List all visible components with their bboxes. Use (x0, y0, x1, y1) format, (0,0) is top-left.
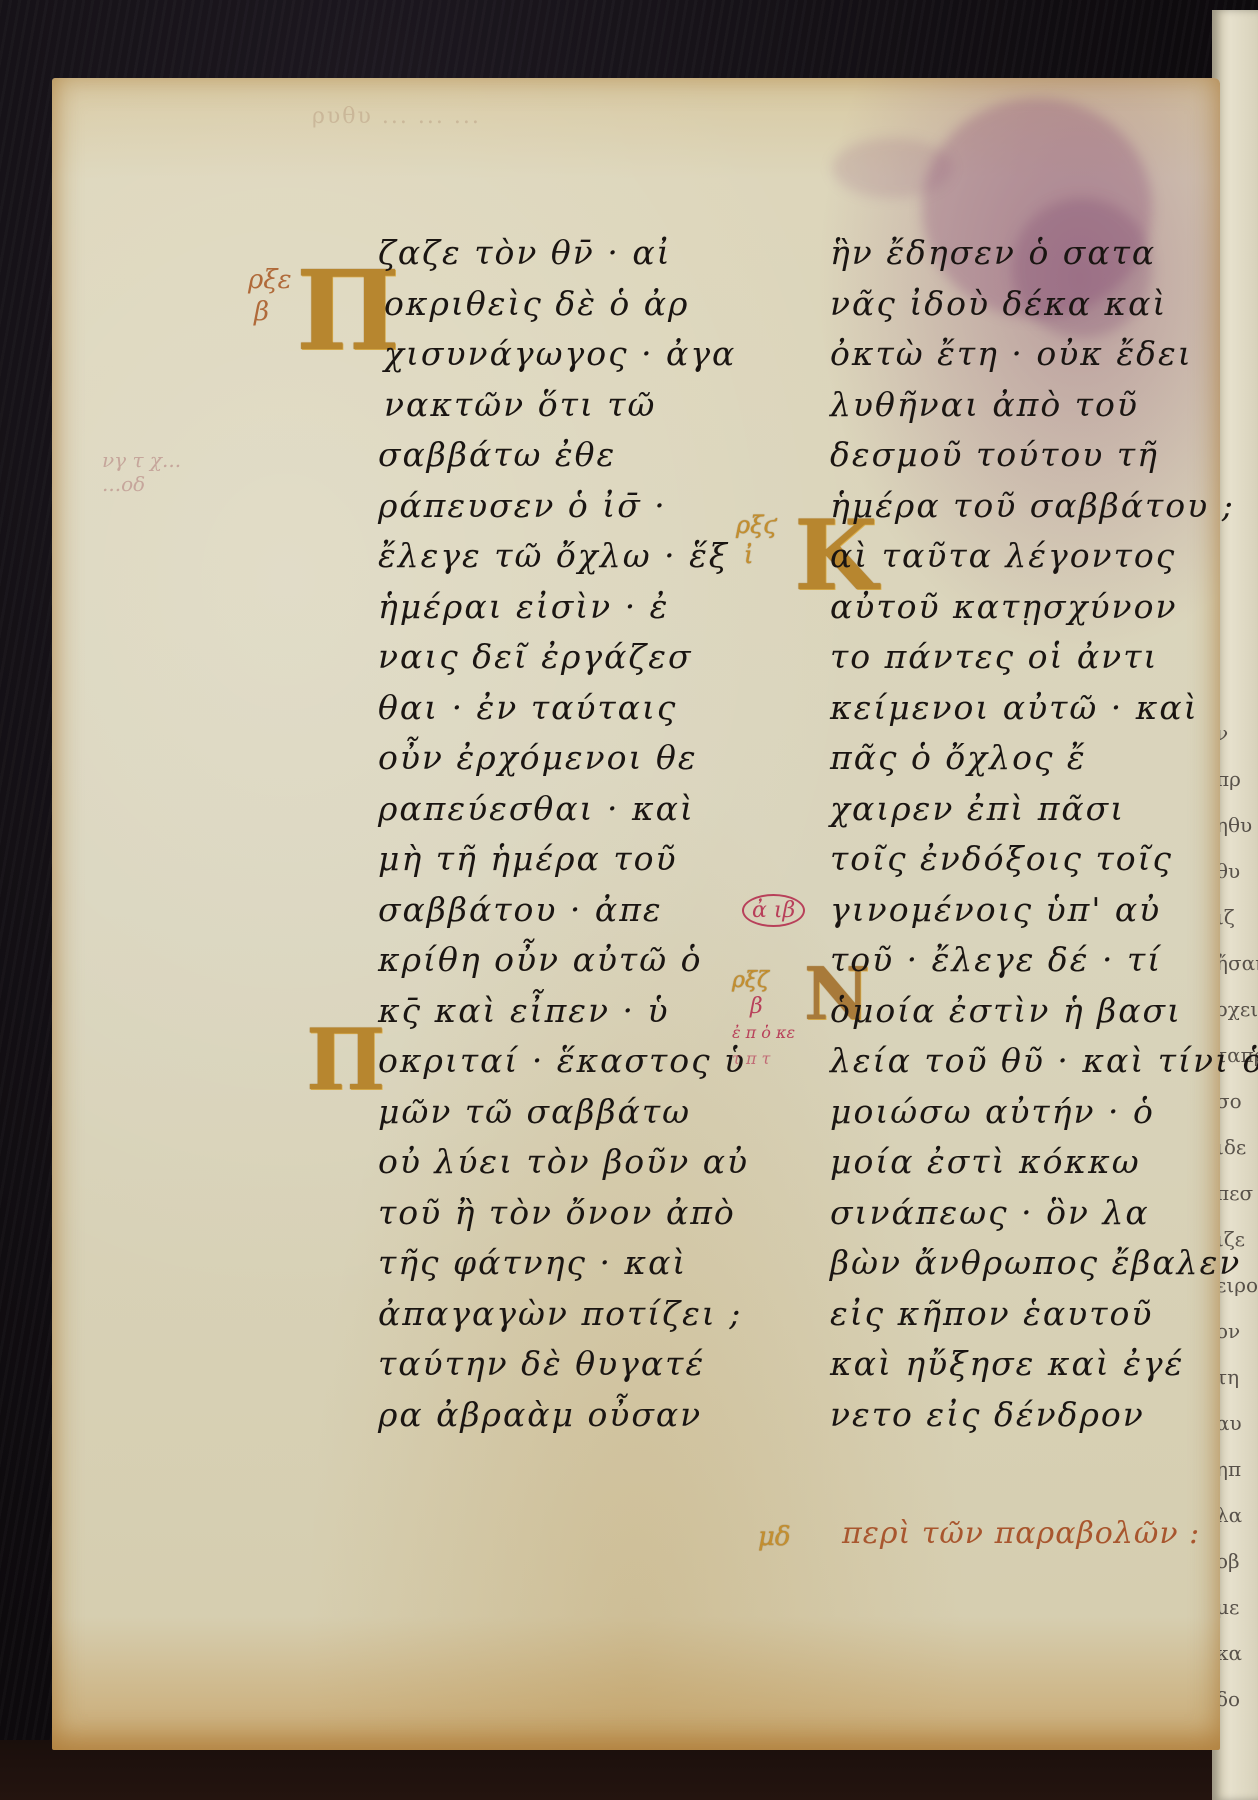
adjacent-folio-fragment: με (1216, 1584, 1258, 1630)
text-line: τῆς φάτνης · καὶ (378, 1238, 778, 1289)
text-line: οκριθεὶς δὲ ὁ ἀρ (378, 279, 778, 330)
margin-rubric-line: ἰ (736, 540, 777, 570)
text-line: το πάντες οἱ ἀντι (830, 632, 1250, 683)
text-line: ἣν ἔδησεν ὁ σατα (830, 228, 1250, 279)
text-line: βὼν ἄνθρωπος ἔβαλεν (830, 1238, 1250, 1289)
footer-chapter-number: μδ (758, 1522, 791, 1552)
gold-initial-pi: Π (306, 1018, 385, 1102)
text-line: ζαζε τὸν θν̄ · αἰ (378, 228, 778, 279)
text-line: θαι · ἐν ταύταις (378, 683, 778, 734)
purple-stain (832, 138, 952, 198)
text-line: ὁμοία ἐστὶν ἡ βασι (830, 986, 1250, 1037)
text-line: ὀκτὼ ἔτη · οὐκ ἔδει (830, 329, 1250, 380)
adjacent-folio-fragment: οβ (1216, 1538, 1258, 1584)
text-line: μοία ἐστὶ κόκκω (830, 1137, 1250, 1188)
text-line: δεσμοῦ τούτου τῆ (830, 430, 1250, 481)
faint-margin-note-line: νγ τ χ... (102, 448, 181, 472)
text-line: αὐτοῦ κατῃσχύνον (830, 582, 1250, 633)
text-line: ναις δεῖ ἐργάζεσ (378, 632, 778, 683)
text-line: σινάπεως · ὃν λα (830, 1188, 1250, 1239)
margin-rubric-line: ρξε (248, 264, 292, 296)
text-line: κείμενοι αὐτῶ · καὶ (830, 683, 1250, 734)
text-line: μῶν τῶ σαββάτω (378, 1087, 778, 1138)
text-line: σαββάτου · ἀπε (378, 885, 778, 936)
text-line: τοῦ · ἔλεγε δέ · τί (830, 935, 1250, 986)
text-line: ἡμέραι εἰσὶν · ἐ (378, 582, 778, 633)
manuscript-page: ρυθυ ... ... ... νγ τ χ... ...οδ ρξε β Π… (52, 78, 1220, 1750)
margin-rubric-line: β (248, 296, 292, 328)
text-line: οκριταί · ἕκαστος ὑ (378, 1036, 778, 1087)
text-line: μοιώσω αὐτήν · ὁ (830, 1087, 1250, 1138)
text-line: οὖν ἐρχόμενοι θε (378, 733, 778, 784)
text-line: ραπεύεσθαι · καὶ (378, 784, 778, 835)
text-line: ἔλεγε τῶ ὄχλω · ἕξ (378, 531, 778, 582)
text-line: λεία τοῦ θῦ · καὶ τίνι ὁ (830, 1036, 1250, 1087)
margin-rubric-right-1: ρξϛ ἰ (736, 510, 777, 570)
faint-margin-note: νγ τ χ... ...οδ (102, 448, 181, 496)
text-line: τοῖς ἐνδόξοις τοῖς (830, 834, 1250, 885)
text-line: νετο εἰς δένδρον (830, 1390, 1250, 1441)
adjacent-folio-fragment: κα (1216, 1630, 1258, 1676)
margin-circled-number: ἀ ιβ (742, 894, 805, 927)
margin-rubric-line: β (732, 994, 795, 1020)
text-line: μὴ τῆ ἡμέρα τοῦ (378, 834, 778, 885)
margin-rubric-line: ρξϛ (736, 510, 777, 540)
faint-margin-note-line: ...οδ (102, 472, 181, 496)
text-line: πᾶς ὁ ὄχλος ἔ (830, 733, 1250, 784)
text-line: χαιρεν ἐπὶ πᾶσι (830, 784, 1250, 835)
faint-top-line: ρυθυ ... ... ... (312, 104, 481, 129)
text-line: κς̄ καὶ εἶπεν · ὑ (378, 986, 778, 1037)
text-line: χισυνάγωγος · ἀγα (378, 329, 778, 380)
text-column-right: ἣν ἔδησεν ὁ σατανᾶς ἰδοὺ δέκα καὶὀκτὼ ἔτ… (830, 228, 1250, 1440)
text-line: αὶ ταῦτα λέγοντος (830, 531, 1250, 582)
margin-rubric-line: ἐ π ὁ κε (732, 1020, 795, 1046)
text-line: ράπευσεν ὁ ἰσ̄ · (378, 481, 778, 532)
text-line: ρα ἀβραὰμ οὖσαν (378, 1390, 778, 1441)
margin-rubric-line: τ π τ (732, 1046, 795, 1072)
margin-rubric-line: ρξζ (732, 968, 795, 994)
text-column-left: ζαζε τὸν θν̄ · αἰοκριθεὶς δὲ ὁ ἀρχισυνάγ… (378, 228, 778, 1440)
text-line: νακτῶν ὅτι τῶ (378, 380, 778, 431)
adjacent-folio-fragment: ηπ (1216, 1446, 1258, 1492)
margin-rubric-right-2: ρξζ β ἐ π ὁ κε τ π τ (732, 968, 795, 1072)
text-line: νᾶς ἰδοὺ δέκα καὶ (830, 279, 1250, 330)
text-line: κρίθη οὖν αὐτῶ ὁ (378, 935, 778, 986)
text-line: τοῦ ἢ τὸν ὄνον ἀπὸ (378, 1188, 778, 1239)
text-line: καὶ ηὔξησε καὶ ἐγέ (830, 1339, 1250, 1390)
footer-chapter-title: περὶ τῶν παραβολῶν : (842, 1516, 1200, 1551)
text-line: εἰς κῆπον ἑαυτοῦ (830, 1289, 1250, 1340)
text-line: γινομένοις ὑπ' αὐ (830, 885, 1250, 936)
text-line: σαββάτω ἐθε (378, 430, 778, 481)
margin-rubric-left: ρξε β (248, 264, 292, 328)
adjacent-folio-fragment: λα (1216, 1492, 1258, 1538)
text-line: ἀπαγαγὼν ποτίζει ; (378, 1289, 778, 1340)
text-line: ταύτην δὲ θυγατέ (378, 1339, 778, 1390)
text-line: λυθῆναι ἀπὸ τοῦ (830, 380, 1250, 431)
text-line: ἡμέρα τοῦ σαββάτου ; (830, 481, 1250, 532)
text-line: οὐ λύει τὸν βοῦν αὐ (378, 1137, 778, 1188)
adjacent-folio-fragment: δο (1216, 1676, 1258, 1722)
